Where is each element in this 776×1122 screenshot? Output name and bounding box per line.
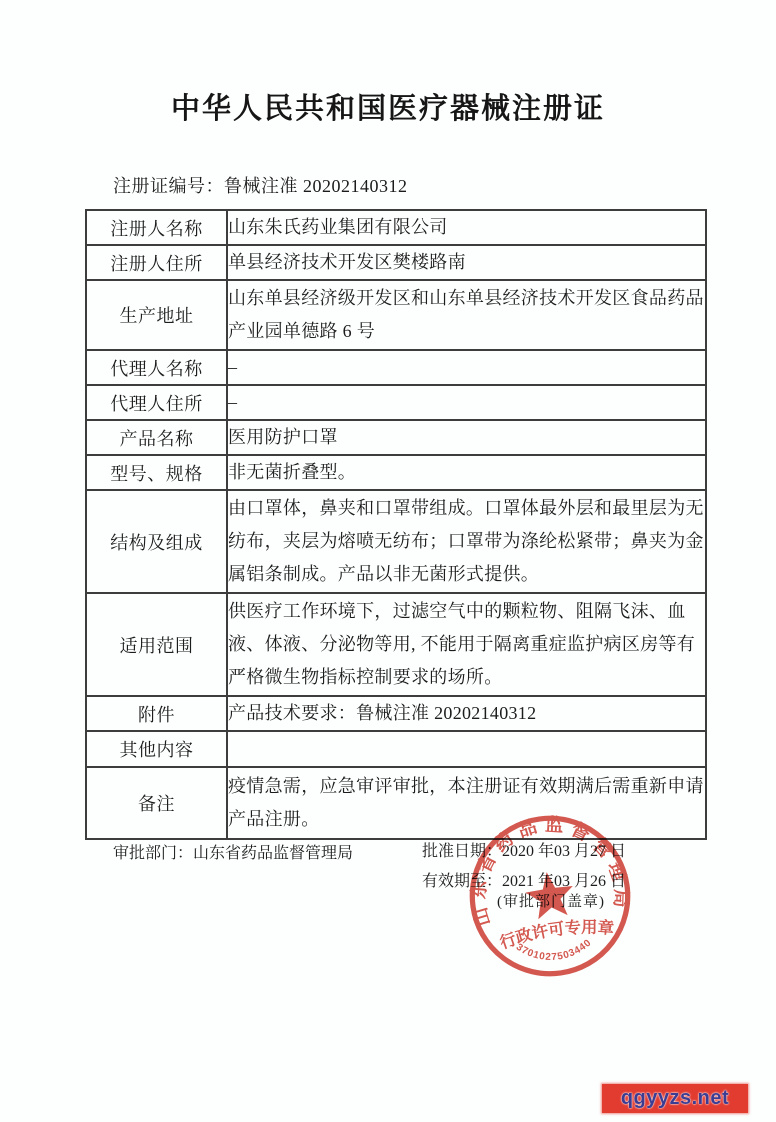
seal-type-text: 行政许可专用章	[496, 912, 617, 954]
row-label: 生产地址	[86, 280, 227, 350]
row-value: 山东单县经济级开发区和山东单县经济技术开发区食品药品产业园单德路 6 号	[227, 280, 706, 350]
table-row: 备注 疫情急需，应急审评审批，本注册证有效期满后需重新申请产品注册。	[86, 767, 706, 839]
row-label: 附件	[86, 696, 227, 731]
row-label: 注册人住所	[86, 245, 227, 280]
table-row: 注册人名称 山东朱氏药业集团有限公司	[86, 210, 706, 245]
table-row: 其他内容	[86, 731, 706, 767]
table-row: 结构及组成 由口罩体，鼻夹和口罩带组成。口罩体最外层和最里层为无纺布，夹层为熔喷…	[86, 490, 706, 593]
row-value: 非无菌折叠型。	[227, 455, 706, 490]
watermark-text: qgyyzs.net	[621, 1087, 729, 1110]
seal-code-text: 3701027503440	[513, 932, 595, 969]
certificate-page: 中华人民共和国医疗器械注册证 注册证编号：鲁械注准 20202140312 注册…	[0, 0, 776, 1122]
row-label: 备注	[86, 767, 227, 839]
row-value: 山东朱氏药业集团有限公司	[227, 210, 706, 245]
row-label: 代理人住所	[86, 385, 227, 420]
approval-department: 审批部门：山东省药品监督管理局	[113, 840, 353, 863]
row-value: 供医疗工作环境下，过滤空气中的颗粒物、阻隔飞沫、血液、体液、分泌物等用, 不能用…	[227, 593, 706, 696]
row-label: 结构及组成	[86, 490, 227, 593]
table-row: 型号、规格 非无菌折叠型。	[86, 455, 706, 490]
row-label: 适用范围	[86, 593, 227, 696]
row-label: 代理人名称	[86, 350, 227, 385]
table-row: 附件 产品技术要求：鲁械注准 20202140312	[86, 696, 706, 731]
table-row: 生产地址 山东单县经济级开发区和山东单县经济技术开发区食品药品产业园单德路 6 …	[86, 280, 706, 350]
row-value: –	[227, 350, 706, 385]
approval-date: 批准日期：2020 年03 月27 日	[422, 838, 626, 861]
certificate-table: 注册人名称 山东朱氏药业集团有限公司 注册人住所 单县经济技术开发区樊楼路南 生…	[85, 209, 707, 840]
table-row: 代理人名称 –	[86, 350, 706, 385]
row-value: 疫情急需，应急审评审批，本注册证有效期满后需重新申请产品注册。	[227, 767, 706, 839]
svg-text:3701027503440: 3701027503440	[513, 932, 595, 969]
row-label: 型号、规格	[86, 455, 227, 490]
certificate-title: 中华人民共和国医疗器械注册证	[0, 86, 776, 127]
row-label: 其他内容	[86, 731, 227, 767]
row-label: 注册人名称	[86, 210, 227, 245]
row-value	[227, 731, 706, 767]
row-value: –	[227, 385, 706, 420]
row-value: 医用防护口罩	[227, 420, 706, 455]
registration-number: 注册证编号：鲁械注准 20202140312	[113, 172, 408, 198]
svg-text:行政许可专用章: 行政许可专用章	[496, 912, 617, 954]
valid-until-date: 有效期至：2021 年03 月26 日	[422, 868, 626, 891]
table-row: 产品名称 医用防护口罩	[86, 420, 706, 455]
watermark-badge: qgyyzs.net	[602, 1084, 748, 1113]
row-label: 产品名称	[86, 420, 227, 455]
table-row: 注册人住所 单县经济技术开发区樊楼路南	[86, 245, 706, 280]
table-row: 代理人住所 –	[86, 385, 706, 420]
row-value: 产品技术要求：鲁械注准 20202140312	[227, 696, 706, 731]
seal-note: (审批部门盖章)	[497, 890, 605, 911]
table-row: 适用范围 供医疗工作环境下，过滤空气中的颗粒物、阻隔飞沫、血液、体液、分泌物等用…	[86, 593, 706, 696]
row-value: 单县经济技术开发区樊楼路南	[227, 245, 706, 280]
row-value: 由口罩体，鼻夹和口罩带组成。口罩体最外层和最里层为无纺布，夹层为熔喷无纺布；口罩…	[227, 490, 706, 593]
